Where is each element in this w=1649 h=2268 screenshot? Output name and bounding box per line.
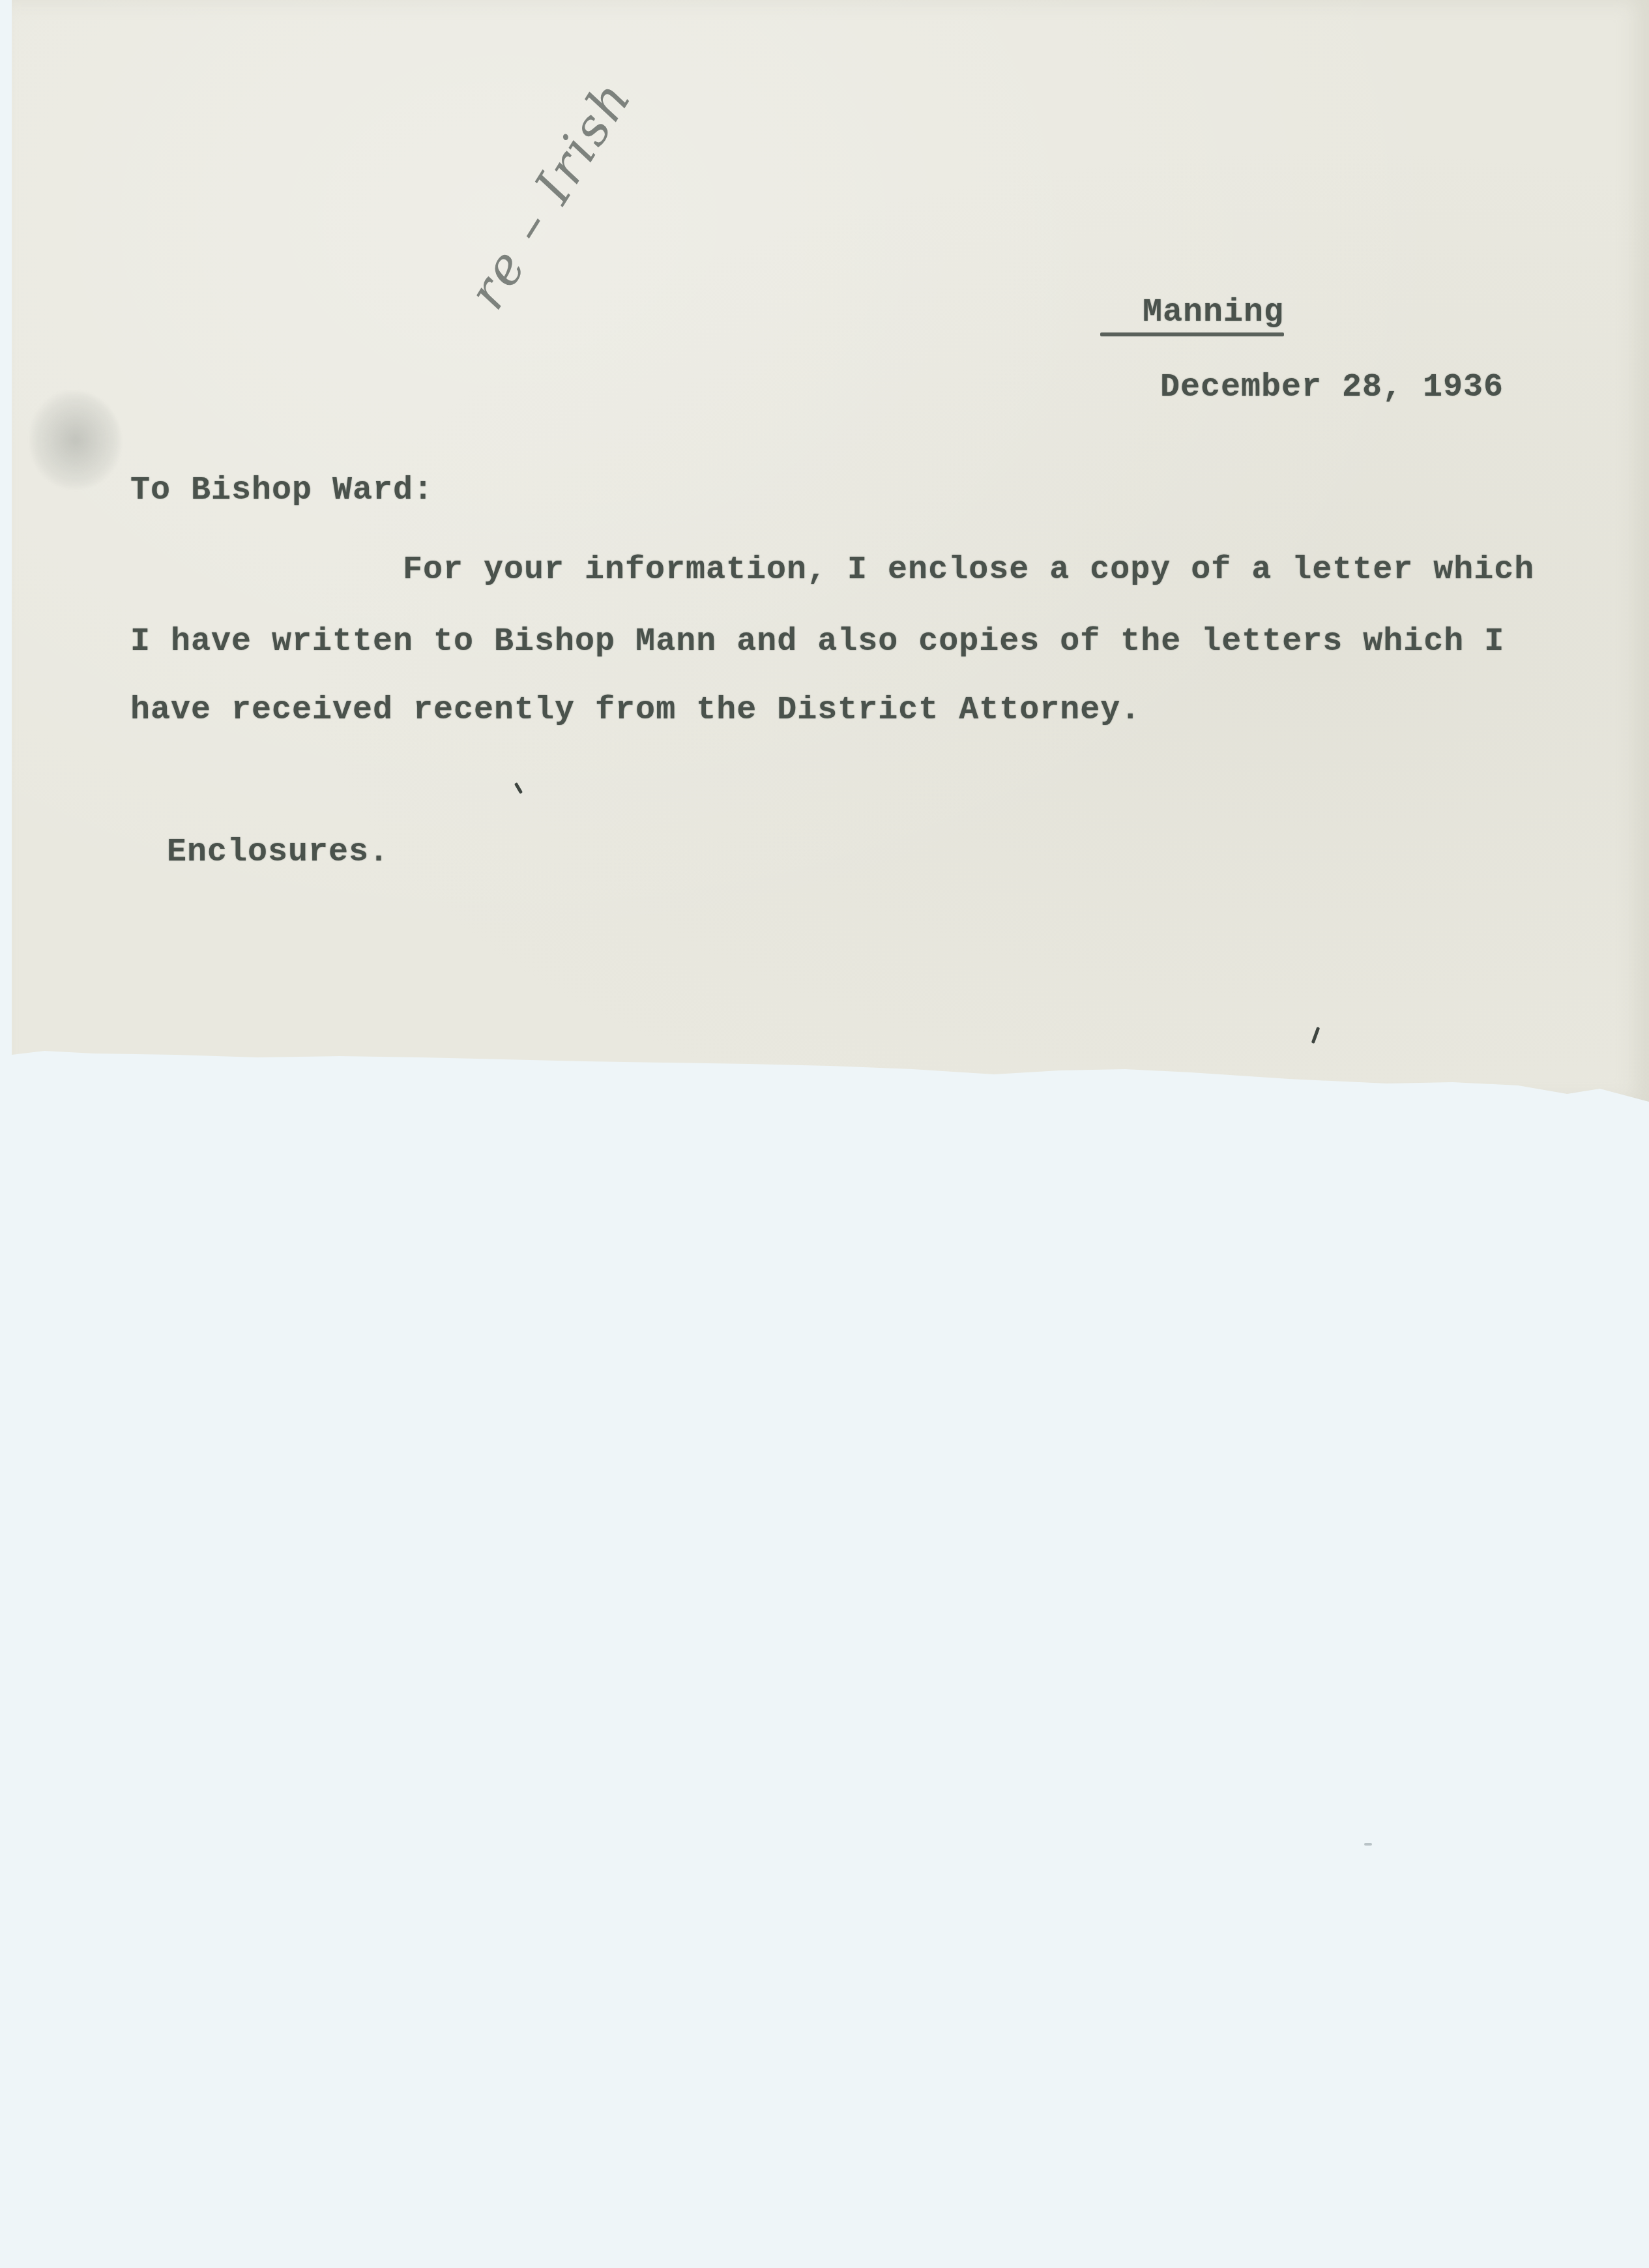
letter-paper: re – Irish Manning December 28, 1936 To … [12, 0, 1649, 1102]
enclosures-note: Enclosures. [167, 836, 389, 869]
header-underline [1100, 332, 1284, 336]
body-line: I have written to Bishop Mann and also c… [130, 626, 1504, 658]
ink-speck [1311, 1027, 1321, 1044]
body-line: have received recently from the District… [130, 694, 1141, 727]
letter-date: December 28, 1936 [1160, 372, 1504, 404]
scanner-speck [1364, 1843, 1372, 1846]
handwritten-annotation: re – Irish [458, 70, 644, 319]
thumbprint-smudge [30, 391, 121, 489]
ink-speck [514, 782, 523, 794]
header-name: Manning [1143, 297, 1284, 329]
body-line: For your information, I enclose a copy o… [403, 554, 1534, 587]
salutation: To Bishop Ward: [130, 475, 433, 507]
